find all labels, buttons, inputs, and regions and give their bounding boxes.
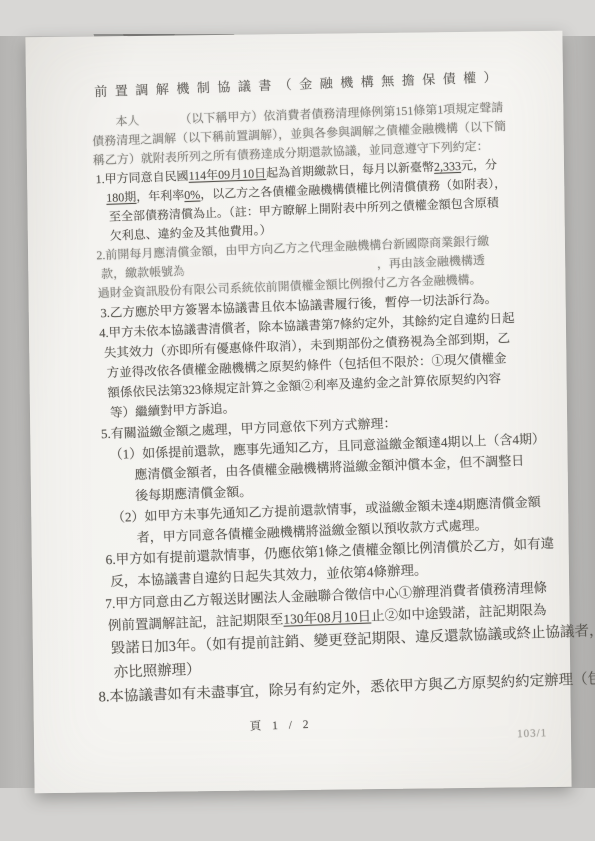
text-run: 2,333 [434,159,461,174]
applicant-name-redaction [142,115,176,127]
text-run: ，再由該金融機構透 [377,253,485,271]
text-run: 等）繼續對甲方訴追。 [110,401,235,420]
text-run: 130年08月10日 [283,609,371,627]
text-run: ，年利率 [136,188,184,204]
text-run: 後每期應清償金額。 [135,484,252,503]
text-run: 本人 [115,114,140,129]
text-run: 例前置調解註記，註記期限至 [108,612,284,633]
text-run: 0% [184,187,201,202]
text-run: 款，繳款帳號為 [101,264,185,281]
document-page: 前置調解機制協議書（金融機構無擔保債權） 本人（以下稱甲方）依消費者債務清理條例… [25,31,571,794]
photo-background-bottom [0,788,595,841]
document-lines: 本人（以下稱甲方）依消費者債務清理條例第151條第1項規定聲請債務清理之調解（以… [77,97,554,709]
text-run: 1.甲方同意自民國 [95,169,188,186]
corner-note: 103/1 [100,727,547,755]
text-run: 止②如中途毀諾，註記期限為 [371,602,547,623]
document-content: 前置調解機制協議書（金融機構無擔保債權） 本人（以下稱甲方）依消費者債務清理條例… [19,24,582,757]
text-run: 亦比照辦理） [113,662,201,681]
text-run: 180期 [106,190,137,205]
document-title: 前置調解機制協議書（金融機構無擔保債權） [94,65,532,103]
text-run: 114年09月10日 [188,166,266,183]
text-run: 元，分 [461,158,498,173]
